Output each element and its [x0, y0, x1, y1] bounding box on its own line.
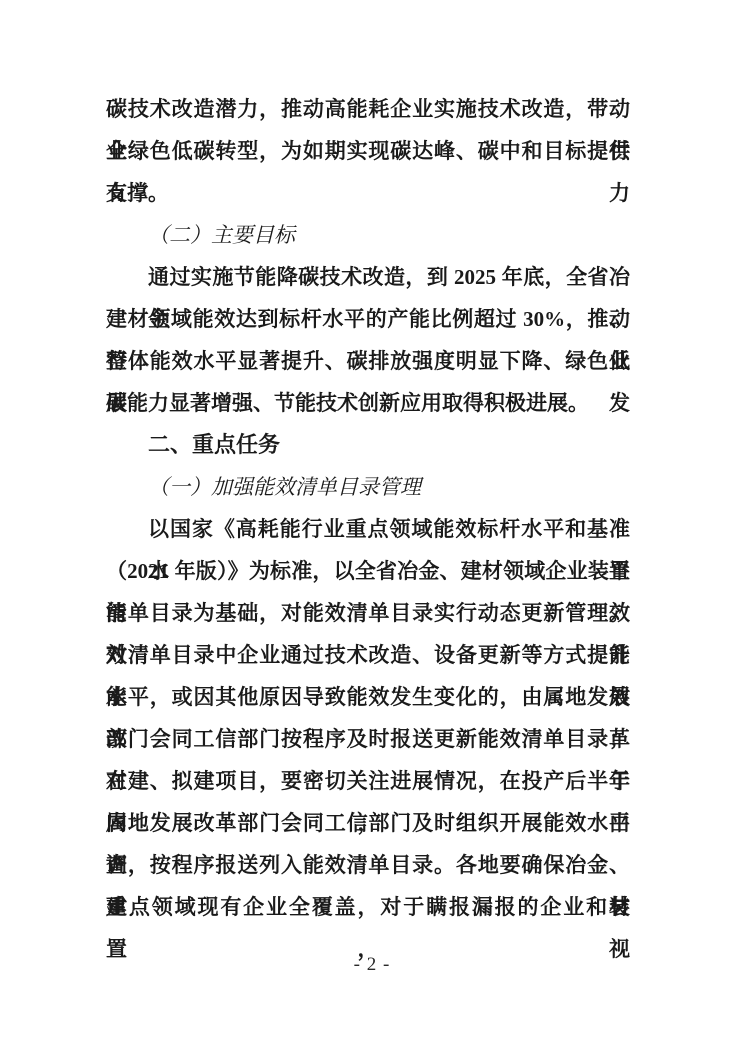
text-line: （二）主要目标: [106, 214, 630, 256]
text-line: 重点领域现有企业全覆盖，对于瞒报漏报的企业和装置，视: [106, 886, 630, 928]
text-line: 整体能效水平显著提升、碳排放强度明显下降、绿色低碳发: [106, 340, 630, 382]
text-line: 属地发展改革部门会同工信部门及时组织开展能效水平调: [106, 802, 630, 844]
text-line: 水平，或因其他原因导致能效发生变化的，由属地发展改革: [106, 676, 630, 718]
text-line: 通过实施节能降碳技术改造，到 2025 年底，全省冶金、: [106, 256, 630, 298]
text-line: 清单目录为基础，对能效清单目录实行动态更新管理。对能: [106, 592, 630, 634]
text-line: 碳技术改造潜力，推动高能耗企业实施技术改造，带动全行: [106, 88, 630, 130]
text-line: 在建、拟建项目，要密切关注进展情况，在投产后半年内，由: [106, 760, 630, 802]
text-line: 展能力显著增强、节能技术创新应用取得积极进展。: [106, 382, 630, 424]
page-number: - 2 -: [0, 954, 744, 976]
text-line: 业绿色低碳转型，为如期实现碳达峰、碳中和目标提供有力: [106, 130, 630, 172]
document-page: 碳技术改造潜力，推动高能耗企业实施技术改造，带动全行业绿色低碳转型，为如期实现碳…: [0, 0, 744, 1052]
text-line: 效清单目录中企业通过技术改造、设备更新等方式提升能效: [106, 634, 630, 676]
text-line: 建材领域能效达到标杆水平的产能比例超过 30%，推动行业: [106, 298, 630, 340]
text-line: （2021 年版）》为标准，以全省冶金、建材领域企业装置能效: [106, 550, 630, 592]
text-line: 部门会同工信部门按程序及时报送更新能效清单目录；对于: [106, 718, 630, 760]
text-line: （一）加强能效清单目录管理: [106, 466, 630, 508]
document-body: 碳技术改造潜力，推动高能耗企业实施技术改造，带动全行业绿色低碳转型，为如期实现碳…: [106, 88, 630, 928]
text-line: 查，按程序报送列入能效清单目录。各地要确保冶金、建材: [106, 844, 630, 886]
text-line: 以国家《高耗能行业重点领域能效标杆水平和基准水平: [106, 508, 630, 550]
text-line: 二、重点任务: [106, 424, 630, 466]
